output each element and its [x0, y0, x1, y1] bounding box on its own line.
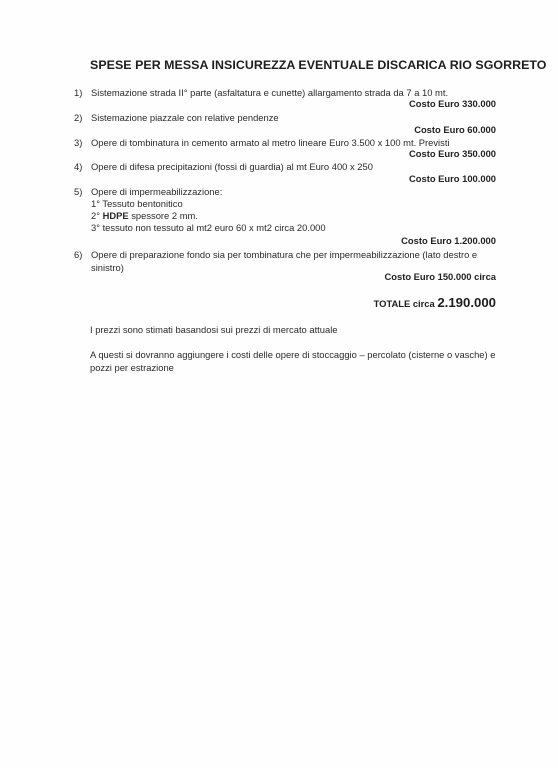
item-number: 5): [74, 185, 82, 198]
document-page: SPESE PER MESSA INSICUREZZA EVENTUALE DI…: [0, 0, 558, 768]
item-text: Opere di difesa precipitazioni (fossi di…: [91, 160, 501, 173]
subitem-bold-term: HDPE: [103, 210, 129, 221]
item-3-cost: Costo Euro 350.000: [409, 148, 496, 159]
item-text: Sistemazione piazzale con relative pende…: [91, 111, 501, 124]
note-additional-costs: A questi si dovranno aggiungere i costi …: [90, 348, 510, 374]
subitem-text: 3° tessuto non tessuto al mt2 euro 60 x …: [91, 222, 326, 233]
subitem-suffix: spessore 2 mm.: [129, 210, 198, 221]
item-number: 1): [74, 86, 82, 99]
subitem-3: 3° tessuto non tessuto al mt2 euro 60 x …: [91, 221, 326, 234]
total-line: TOTALE circa 2.190.000: [374, 294, 496, 312]
item-number: 3): [74, 136, 82, 149]
item-4-cost: Costo Euro 100.000: [409, 173, 496, 184]
subitem-prefix: 2°: [91, 210, 103, 221]
item-6-cost: Costo Euro 150.000 circa: [384, 271, 496, 282]
item-number: 2): [74, 111, 82, 124]
note-prices: I prezzi sono stimati basandosi sui prez…: [90, 323, 510, 336]
subitem-text: 1° Tessuto bentonitico: [91, 198, 183, 209]
item-number: 4): [74, 160, 82, 173]
document-title: SPESE PER MESSA INSICUREZZA EVENTUALE DI…: [90, 58, 510, 72]
item-5-cost: Costo Euro 1.200.000: [401, 235, 496, 246]
item-2-cost: Costo Euro 60.000: [414, 124, 496, 135]
total-value: 2.190.000: [437, 295, 496, 310]
item-number: 6): [74, 248, 82, 261]
total-label: TOTALE circa: [374, 298, 438, 309]
item-1-cost: Costo Euro 330.000: [409, 98, 496, 109]
